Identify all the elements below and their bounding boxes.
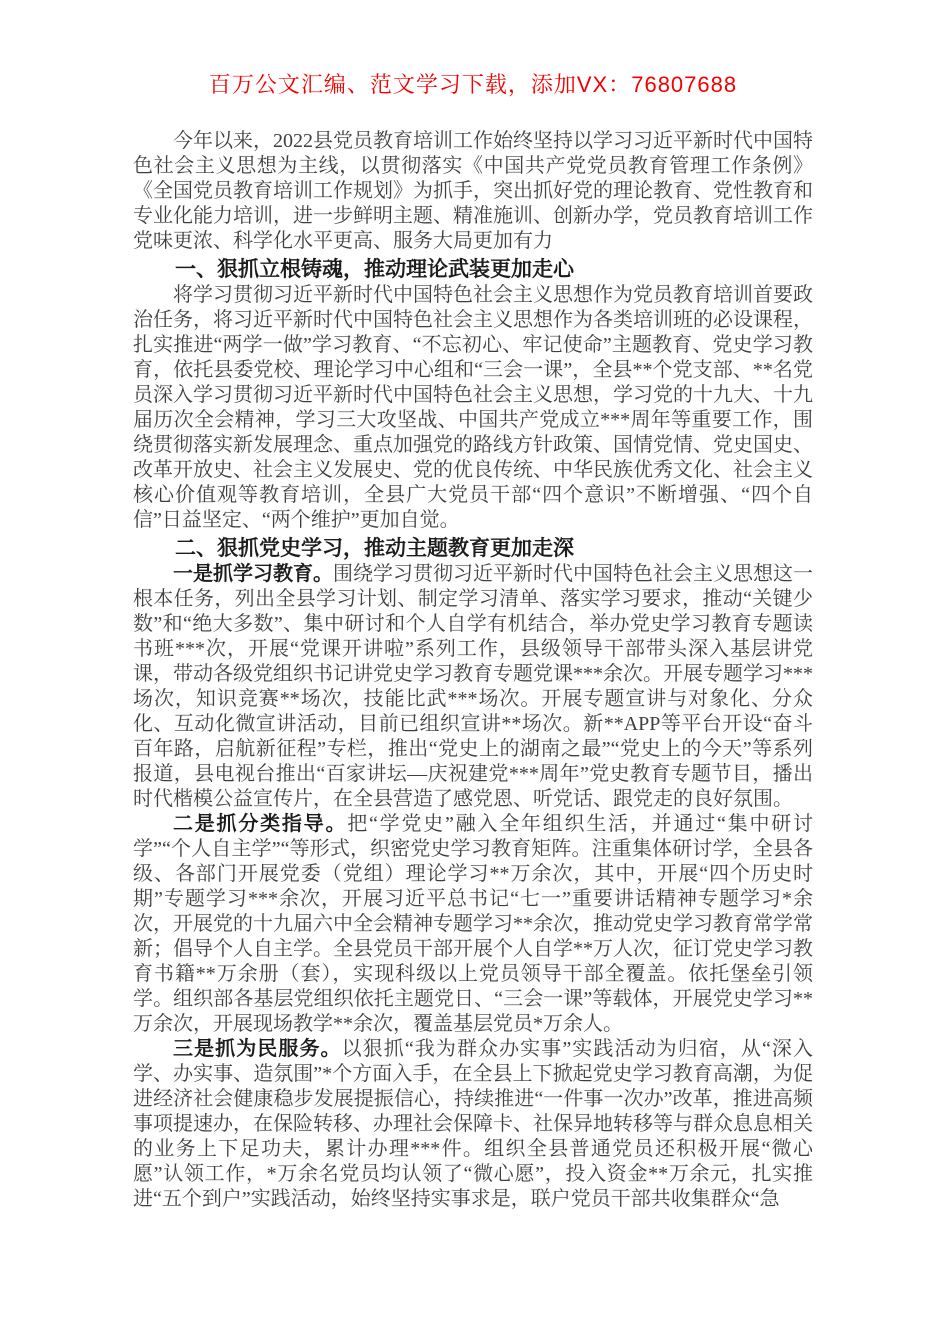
paragraph-lead: 一是抓学习教育。 — [173, 563, 333, 585]
paragraph: 今年以来，2022县党员教育培训工作始终坚持以学习习近平新时代中国特色社会主义思… — [133, 129, 813, 254]
document-body: 今年以来，2022县党员教育培训工作始终坚持以学习习近平新时代中国特色社会主义思… — [133, 129, 813, 1212]
paragraph: 一是抓学习教育。围绕学习贯彻习近平新时代中国特色社会主义思想这一根本任务，列出全… — [133, 562, 813, 812]
watermark-notice: 百万公文汇编、范文学习下载，添加VX：76807688 — [133, 72, 813, 98]
paragraph: 三是抓为民服务。以狠抓“我为群众办实事”实践活动为归宿，从“深入学、办实事、造氛… — [133, 1037, 813, 1212]
section-heading: 二、狠抓党史学习，推动主题教育更加走深 — [133, 536, 813, 561]
section-heading: 一、狠抓立根铸魂，推动理论武装更加走心 — [133, 257, 813, 282]
paragraph-lead: 二是抓分类指导。 — [173, 813, 347, 835]
document-page: 百万公文汇编、范文学习下载，添加VX：76807688 今年以来，2022县党员… — [0, 0, 950, 1344]
paragraph: 二是抓分类指导。把“学党史”融入全年组织生活，并通过“集中研讨学”“个人自主学”… — [133, 812, 813, 1037]
paragraph: 将学习贯彻习近平新时代中国特色社会主义思想作为党员教育培训首要政治任务，将习近平… — [133, 283, 813, 533]
paragraph-lead: 三是抓为民服务。 — [173, 1038, 342, 1060]
